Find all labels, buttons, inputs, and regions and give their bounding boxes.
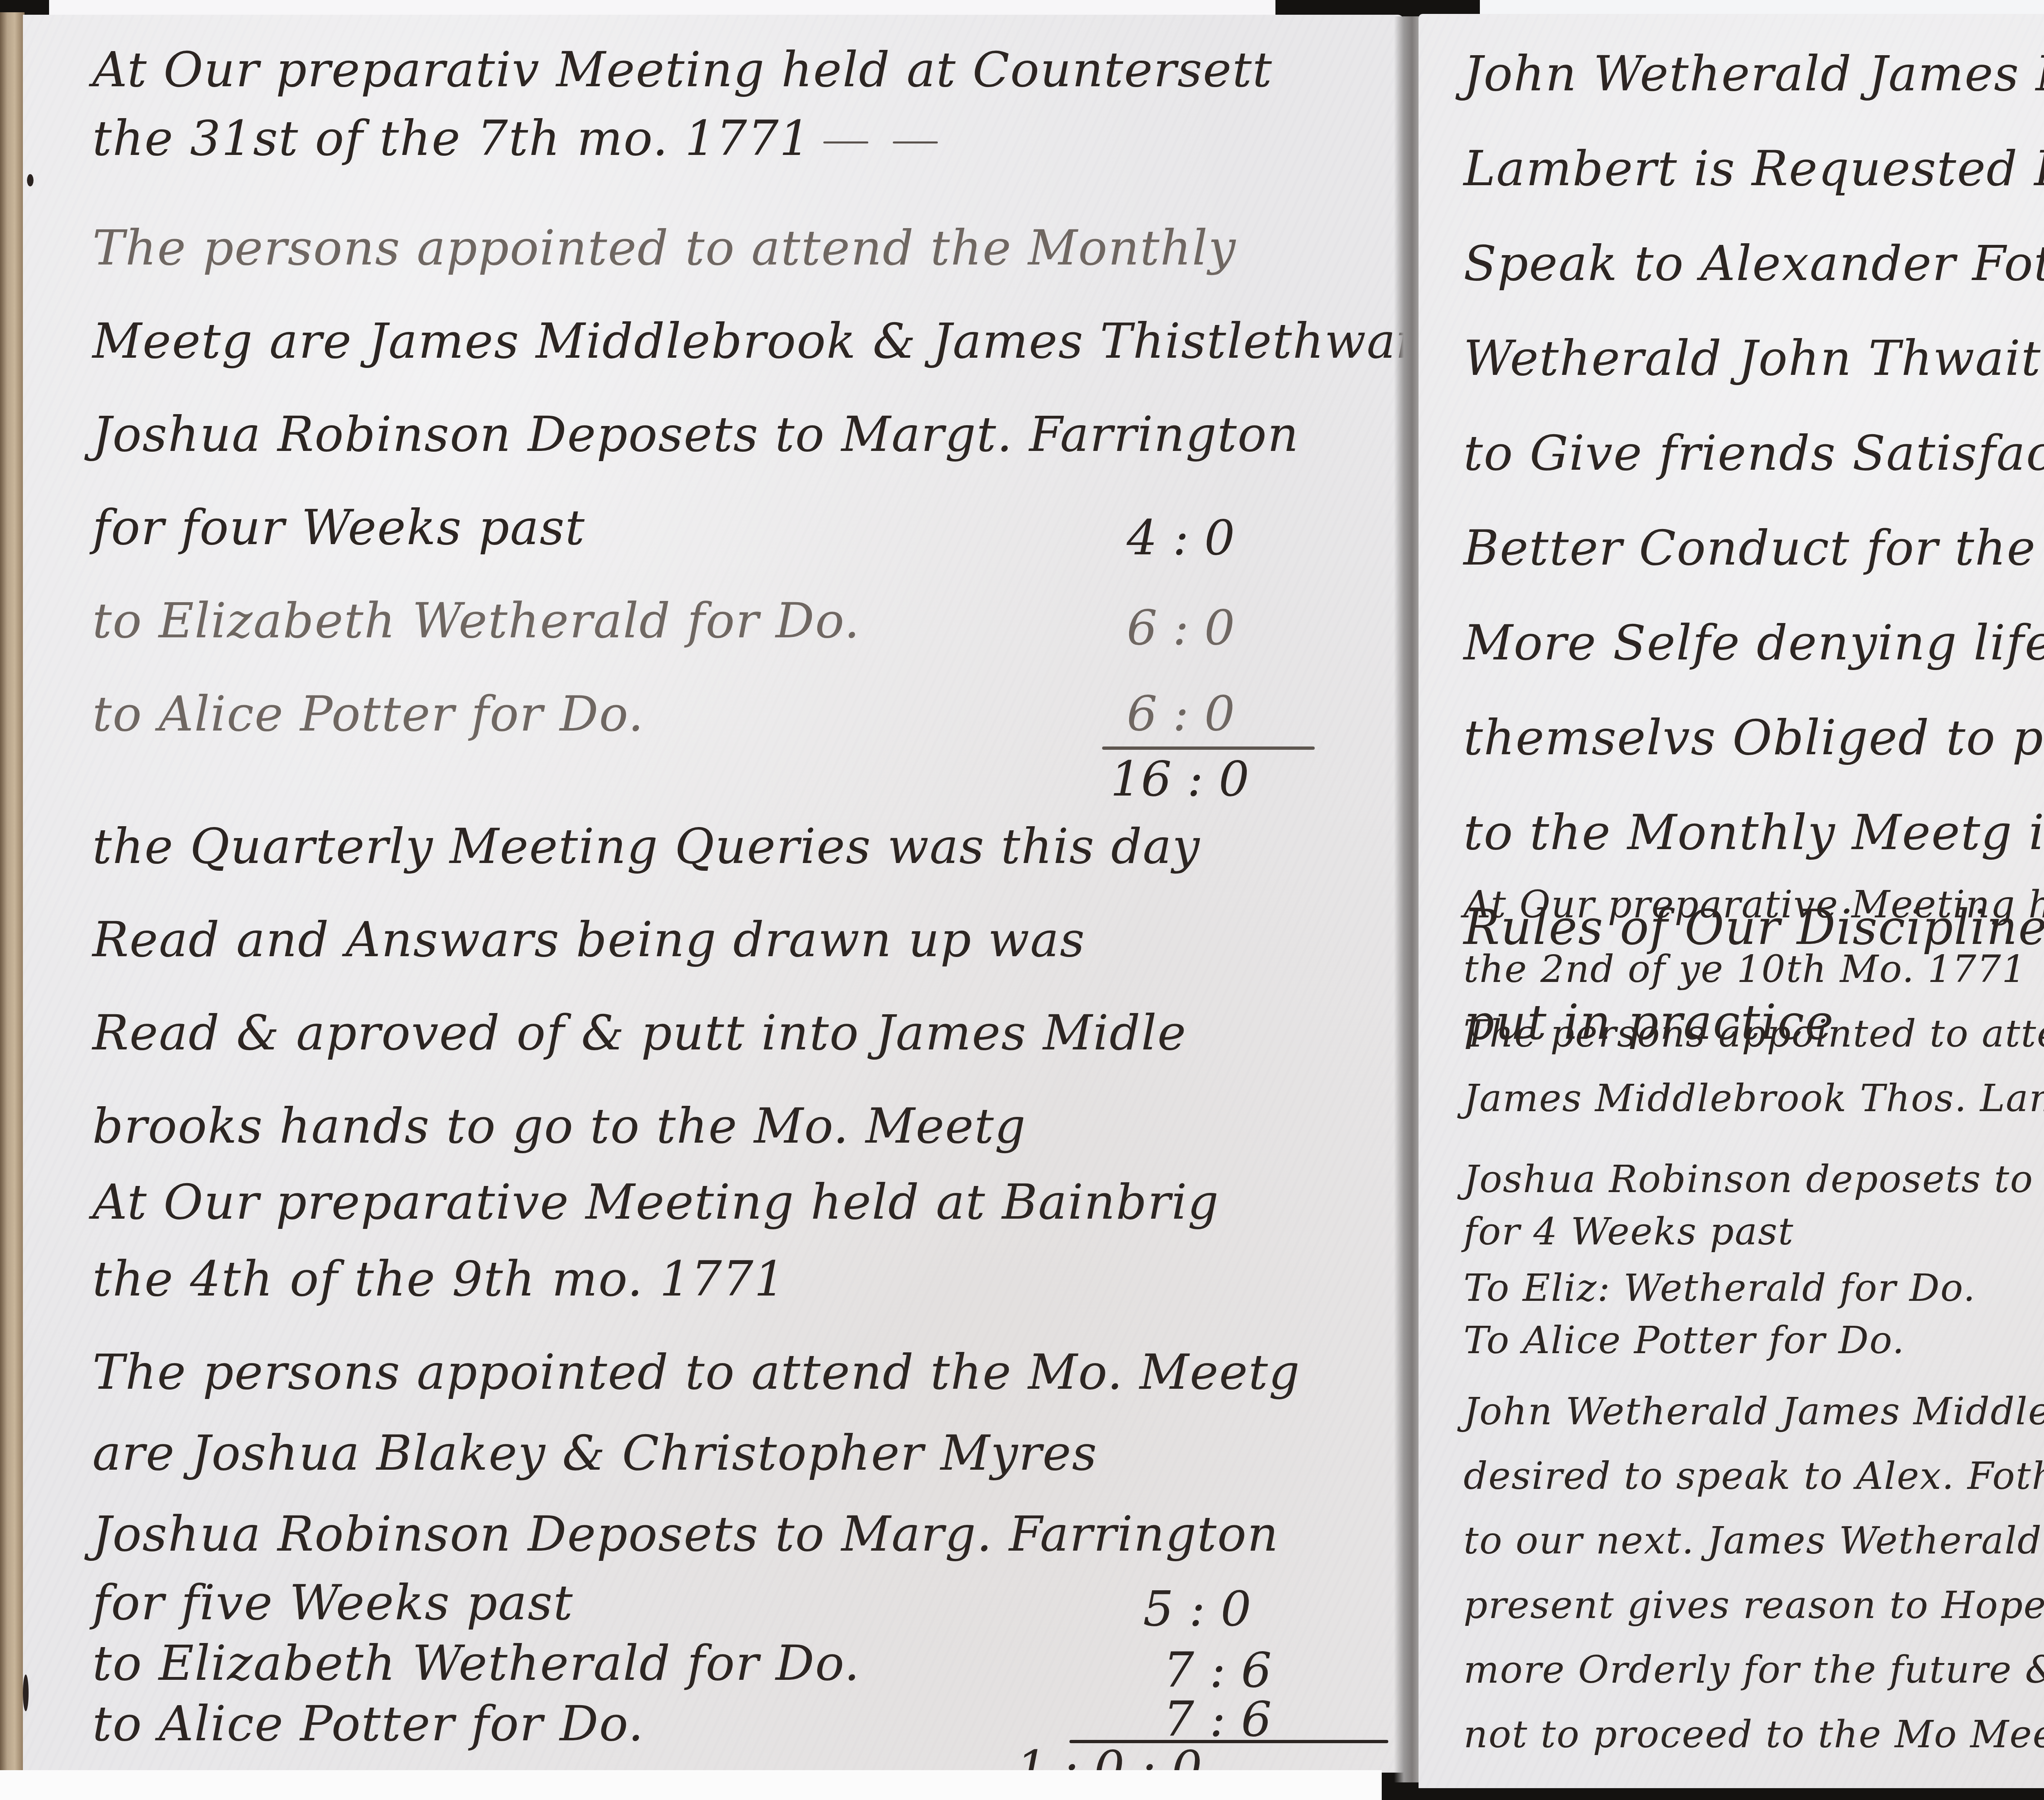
continuation-line4: Wetherald John Thwait being here present bbox=[1464, 311, 2044, 406]
entry2-total: 1 : 0 : 0 bbox=[1016, 1740, 1202, 1773]
continuation-line1: John Wetherald James Middlebrook & Thoma… bbox=[1464, 26, 2044, 121]
continuation-line2: Lambert is Requested By this Meetg to bbox=[1464, 121, 2044, 216]
left-page: At Our preparativ Meeting held at Counte… bbox=[23, 15, 1405, 1773]
entry3-heading-line1: At Our preparative Meeting held at Count… bbox=[1464, 872, 2044, 937]
dash-divider bbox=[823, 141, 868, 143]
note-line1: John Wetherald James Middlebrook & Thos.… bbox=[1464, 1379, 2044, 1444]
entry3-appointed-line1: The persons appointed to attend the Mo. … bbox=[1464, 1002, 2044, 1066]
entry3-note: John Wetherald James Middlebrook & Thos.… bbox=[1464, 1379, 2044, 1767]
entry1-total: 16 : 0 bbox=[1110, 751, 1249, 807]
continuation-line7: More Selfe denying life, or friends will… bbox=[1464, 595, 2044, 690]
left-entry-2: At Our preparative Meeting held at Bainb… bbox=[92, 1155, 1300, 1770]
note-line6: not to proceed to the Mo Meeting with th… bbox=[1464, 1702, 2044, 1767]
continuation-line3: Speak to Alexander Fothergill and James bbox=[1464, 216, 2044, 311]
scan-background-top-right bbox=[1480, 0, 2044, 15]
right-entry-3: At Our preparative Meeting held at Count… bbox=[1464, 872, 2044, 1373]
entry2-amount-3: 7 : 6 bbox=[1163, 1691, 1272, 1747]
entry1-deposit-line1: Joshua Robinson Deposets to Margt. Farri… bbox=[92, 388, 1405, 481]
ink-blot bbox=[23, 1674, 29, 1711]
entry1-amount-2: 6 : 0 bbox=[1127, 599, 1235, 656]
continuation-line8: themselvs Obliged to present their Case bbox=[1464, 690, 2044, 785]
ink-blot bbox=[27, 174, 34, 186]
entry1-appointed-line1: The persons appointed to attend the Mont… bbox=[92, 201, 1405, 294]
continuation-line9: to the Monthly Meetg in Order to have th… bbox=[1464, 785, 2044, 880]
quarterly-line1: the Quarterly Meeting Queries was this d… bbox=[92, 800, 1200, 893]
entry3-heading-line2: the 2nd of ye 10th Mo. 1771 bbox=[1464, 937, 2044, 1002]
entry1-appointed-line2: Meetg are James Middlebrook & James This… bbox=[92, 294, 1405, 388]
dash-divider bbox=[893, 141, 938, 143]
quarterly-meeting-minute: the Quarterly Meeting Queries was this d… bbox=[92, 800, 1200, 1172]
note-line2: desired to speak to Alex. Fothergill & g… bbox=[1464, 1444, 2044, 1509]
quarterly-line3: Read & aproved of & putt into James Midl… bbox=[92, 986, 1200, 1079]
open-manuscript-book: At Our preparativ Meeting held at Counte… bbox=[0, 0, 2044, 1800]
continuation-line5: to Give friends Satisfaction respecting … bbox=[1464, 406, 2044, 500]
continuation-line6: Better Conduct for the future By living … bbox=[1464, 500, 2044, 595]
entry2-appointed-line2: are Joshua Blakey & Christopher Myres bbox=[92, 1406, 1300, 1500]
note-line4: present gives reason to Hope they will b… bbox=[1464, 1573, 2044, 1638]
note-line3: to our next. James Wetherald & John Thwa… bbox=[1464, 1509, 2044, 1573]
entry3-appointed-line2: James Middlebrook Thos. Lambert Counters… bbox=[1464, 1066, 2044, 1131]
left-page-edges bbox=[0, 12, 25, 1774]
quarterly-line2: Read and Answars being drawn up was bbox=[92, 893, 1200, 986]
entry1-amount-3: 6 : 0 bbox=[1127, 685, 1235, 742]
scan-background-bottom bbox=[0, 1770, 1382, 1800]
entry2-appointed-line1: The persons appointed to attend the Mo. … bbox=[92, 1325, 1300, 1419]
entry2-amount-1: 5 : 0 bbox=[1143, 1580, 1251, 1637]
note-line5: more Orderly for the future & Desires th… bbox=[1464, 1638, 2044, 1702]
right-page: John Wetherald James Middlebrook & Thoma… bbox=[1419, 14, 2044, 1788]
sum-rule bbox=[1102, 746, 1315, 750]
entry2-amount-2: 7 : 6 bbox=[1163, 1642, 1272, 1698]
entry1-amount-1: 4 : 0 bbox=[1127, 509, 1235, 566]
